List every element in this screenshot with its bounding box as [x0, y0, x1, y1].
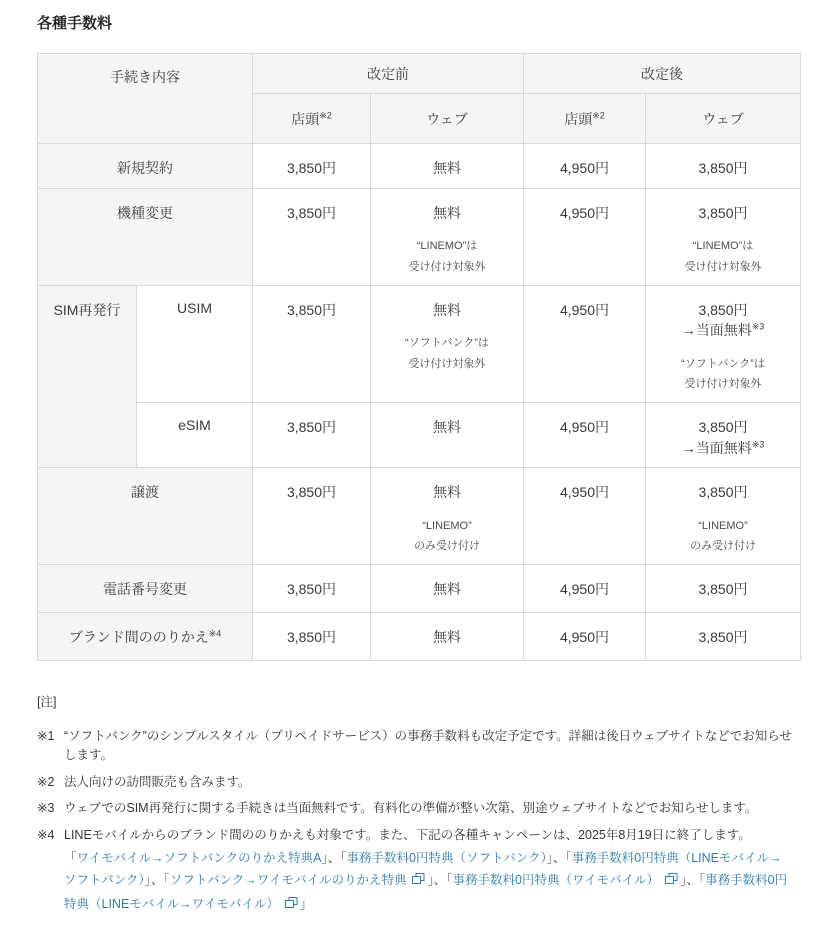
cell-brand-after-web: 3,850円 — [646, 613, 801, 661]
cell-phone-after-web: 3,850円 — [646, 565, 801, 613]
cell-brand-before-web: 無料 — [371, 613, 524, 661]
cell-new-contract-before-web: 無料 — [371, 144, 524, 189]
cell-transfer-before-web: 無料 “LINEMO” のみ受け付け — [371, 468, 524, 565]
price: 無料 — [377, 203, 517, 223]
note-line: “LINEMO”は — [377, 236, 517, 256]
table-row-sim-reissue-usim: SIM再発行 USIM 3,850円 無料 “ソフトバンク”は 受け付け対象外 … — [38, 285, 801, 402]
link-separator: 、 — [553, 851, 566, 865]
cell-note: “LINEMO” のみ受け付け — [652, 516, 794, 557]
campaign-link[interactable]: ワイモバイル→ソフトバンクのりかえ特典A — [77, 851, 322, 865]
bracket-close-char: 」 — [300, 897, 313, 911]
link-separator: 、 — [434, 873, 447, 887]
external-link-icon — [665, 870, 678, 893]
page-title: 各種手数料 — [37, 12, 800, 33]
campaign-link[interactable]: ソフトバンク→ワイモバイルのりかえ特典 — [170, 873, 407, 887]
cell-note: “LINEMO”は 受け付け対象外 — [377, 236, 517, 277]
note-line: 受け付け対象外 — [377, 257, 517, 277]
cell-note: “LINEMO” のみ受け付け — [377, 516, 517, 557]
footnote-marker: ※1 — [37, 727, 64, 765]
row-label-transfer: 譲渡 — [38, 468, 253, 565]
note-line: “ソフトバンク”は — [377, 333, 517, 353]
brand-switch-label: ブランド間ののりかえ — [69, 629, 209, 645]
price-change-line: →当面無料※3 — [652, 320, 794, 340]
table-row-transfer: 譲渡 3,850円 無料 “LINEMO” のみ受け付け 4,950円 3,85… — [38, 468, 801, 565]
cell-transfer-after-web: 3,850円 “LINEMO” のみ受け付け — [646, 468, 801, 565]
row-label-usim: USIM — [137, 285, 253, 402]
footnote-text: “ソフトバンク”のシンプルスタイル（プリペイドサービス）の事務手数料も改定予定で… — [64, 727, 800, 765]
cell-usim-after-web: 3,850円 →当面無料※3 “ソフトバンク”は 受け付け対象外 — [646, 285, 801, 402]
footnotes-section: [注] ※1 “ソフトバンク”のシンプルスタイル（プリペイドサービス）の事務手数… — [37, 693, 800, 916]
row-label-sim-reissue: SIM再発行 — [38, 285, 137, 467]
footnote-marker: ※3 — [37, 799, 64, 818]
cell-esim-before-store: 3,850円 — [253, 403, 371, 468]
cell-model-change-after-store: 4,950円 — [524, 189, 646, 286]
header-after-web: ウェブ — [646, 94, 801, 144]
footnote-3: ※3 ウェブでのSIM再発行に関する手続きは当面無料です。有料化の準備が整い次第… — [37, 799, 800, 818]
price-change-line: →当面無料※3 — [652, 438, 794, 458]
page: 各種手数料 手続き内容 改定前 改定後 店頭※2 ウェブ 店頭※2 ウェブ 新規… — [0, 0, 813, 944]
header-before-store: 店頭※2 — [253, 94, 371, 144]
price: 3,850円 — [652, 482, 794, 502]
temporarily-free-label: →当面無料 — [682, 440, 752, 456]
campaign-links: 「ワイモバイル→ソフトバンクのりかえ特典A」、「事務手数料0円特典（ソフトバンク… — [64, 847, 788, 917]
external-link-icon — [412, 870, 425, 893]
cell-new-contract-before-store: 3,850円 — [253, 144, 371, 189]
cell-phone-after-store: 4,950円 — [524, 565, 646, 613]
cell-model-change-before-store: 3,850円 — [253, 189, 371, 286]
cell-transfer-after-store: 4,950円 — [524, 468, 646, 565]
note-line: 受け付け対象外 — [652, 257, 794, 277]
price: 3,850円 — [652, 203, 794, 223]
store-footnote-mark: ※2 — [592, 110, 605, 120]
header-after-revision: 改定後 — [524, 54, 801, 94]
footnote-text: ウェブでのSIM再発行に関する手続きは当面無料です。有料化の準備が整い次第、別途… — [64, 799, 800, 818]
footnote-2: ※2 法人向けの訪問販売も含みます。 — [37, 773, 800, 792]
note-line: “ソフトバンク”は — [652, 354, 794, 374]
link-separator: 、 — [151, 873, 164, 887]
cell-transfer-before-store: 3,850円 — [253, 468, 371, 565]
note-line: “LINEMO” — [377, 516, 517, 536]
store-label: 店頭 — [291, 111, 319, 127]
store-footnote-mark: ※2 — [319, 110, 332, 120]
price: 3,850円 — [652, 417, 794, 437]
bracket-open-char: 「 — [64, 851, 77, 865]
table-row-new-contract: 新規契約 3,850円 無料 4,950円 3,850円 — [38, 144, 801, 189]
cell-usim-before-store: 3,850円 — [253, 285, 371, 402]
cell-esim-after-store: 4,950円 — [524, 403, 646, 468]
cell-esim-after-web: 3,850円 →当面無料※3 — [646, 403, 801, 468]
footnote-text: 法人向けの訪問販売も含みます。 — [64, 773, 800, 792]
row-label-new-contract: 新規契約 — [38, 144, 253, 189]
table-row-sim-reissue-esim: eSIM 3,850円 無料 4,950円 3,850円 →当面無料※3 — [38, 403, 801, 468]
cell-new-contract-after-web: 3,850円 — [646, 144, 801, 189]
cell-brand-before-store: 3,850円 — [253, 613, 371, 661]
header-after-store: 店頭※2 — [524, 94, 646, 144]
table-row-model-change: 機種変更 3,850円 無料 “LINEMO”は 受け付け対象外 4,950円 … — [38, 189, 801, 286]
footnote-1: ※1 “ソフトバンク”のシンプルスタイル（プリペイドサービス）の事務手数料も改定… — [37, 727, 800, 765]
footnotes-heading: [注] — [37, 693, 800, 712]
campaign-link[interactable]: 事務手数料0円特典（ソフトバンク） — [347, 851, 547, 865]
table-row-brand-switch: ブランド間ののりかえ※4 3,850円 無料 4,950円 3,850円 — [38, 613, 801, 661]
price: 無料 — [377, 482, 517, 502]
price: 3,850円 — [652, 300, 794, 320]
cell-phone-before-web: 無料 — [371, 565, 524, 613]
table-row-phone-number-change: 電話番号変更 3,850円 無料 4,950円 3,850円 — [38, 565, 801, 613]
header-before-web: ウェブ — [371, 94, 524, 144]
cell-brand-after-store: 4,950円 — [524, 613, 646, 661]
cell-model-change-before-web: 無料 “LINEMO”は 受け付け対象外 — [371, 189, 524, 286]
cell-note: “ソフトバンク”は 受け付け対象外 — [652, 354, 794, 395]
cell-usim-before-web: 無料 “ソフトバンク”は 受け付け対象外 — [371, 285, 524, 402]
header-procedure: 手続き内容 — [38, 54, 253, 144]
footnote-mark: ※4 — [209, 629, 222, 639]
fees-table: 手続き内容 改定前 改定後 店頭※2 ウェブ 店頭※2 ウェブ 新規契約 3,8… — [37, 53, 801, 661]
link-separator: 、 — [686, 873, 699, 887]
row-label-model-change: 機種変更 — [38, 189, 253, 286]
footnote-text: LINEモバイルからのブランド間ののりかえも対象です。また、下記の各種キャンペー… — [64, 826, 800, 845]
footnote-marker: ※2 — [37, 773, 64, 792]
external-link-icon — [285, 894, 298, 917]
price: 無料 — [377, 300, 517, 320]
note-line: “LINEMO” — [652, 516, 794, 536]
note-line: 受け付け対象外 — [652, 374, 794, 394]
footnote-mark: ※3 — [752, 322, 765, 332]
note-line: のみ受け付け — [652, 536, 794, 556]
cell-model-change-after-web: 3,850円 “LINEMO”は 受け付け対象外 — [646, 189, 801, 286]
cell-phone-before-store: 3,850円 — [253, 565, 371, 613]
header-before-revision: 改定前 — [253, 54, 524, 94]
campaign-link[interactable]: 事務手数料0円特典（ワイモバイル） — [453, 873, 660, 887]
cell-esim-before-web: 無料 — [371, 403, 524, 468]
store-label: 店頭 — [564, 111, 592, 127]
note-line: 受け付け対象外 — [377, 354, 517, 374]
temporarily-free-label: →当面無料 — [682, 322, 752, 338]
row-label-esim: eSIM — [137, 403, 253, 468]
footnote-marker: ※4 — [37, 826, 64, 845]
cell-note: “ソフトバンク”は 受け付け対象外 — [377, 333, 517, 374]
row-label-brand-switch: ブランド間ののりかえ※4 — [38, 613, 253, 661]
cell-new-contract-after-store: 4,950円 — [524, 144, 646, 189]
note-line: のみ受け付け — [377, 536, 517, 556]
cell-note: “LINEMO”は 受け付け対象外 — [652, 236, 794, 277]
row-label-phone-number-change: 電話番号変更 — [38, 565, 253, 613]
note-line: “LINEMO”は — [652, 236, 794, 256]
footnote-mark: ※3 — [752, 439, 765, 449]
footnote-4: ※4 LINEモバイルからのブランド間ののりかえも対象です。また、下記の各種キャ… — [37, 826, 800, 845]
link-separator: 、 — [328, 851, 341, 865]
cell-usim-after-store: 4,950円 — [524, 285, 646, 402]
